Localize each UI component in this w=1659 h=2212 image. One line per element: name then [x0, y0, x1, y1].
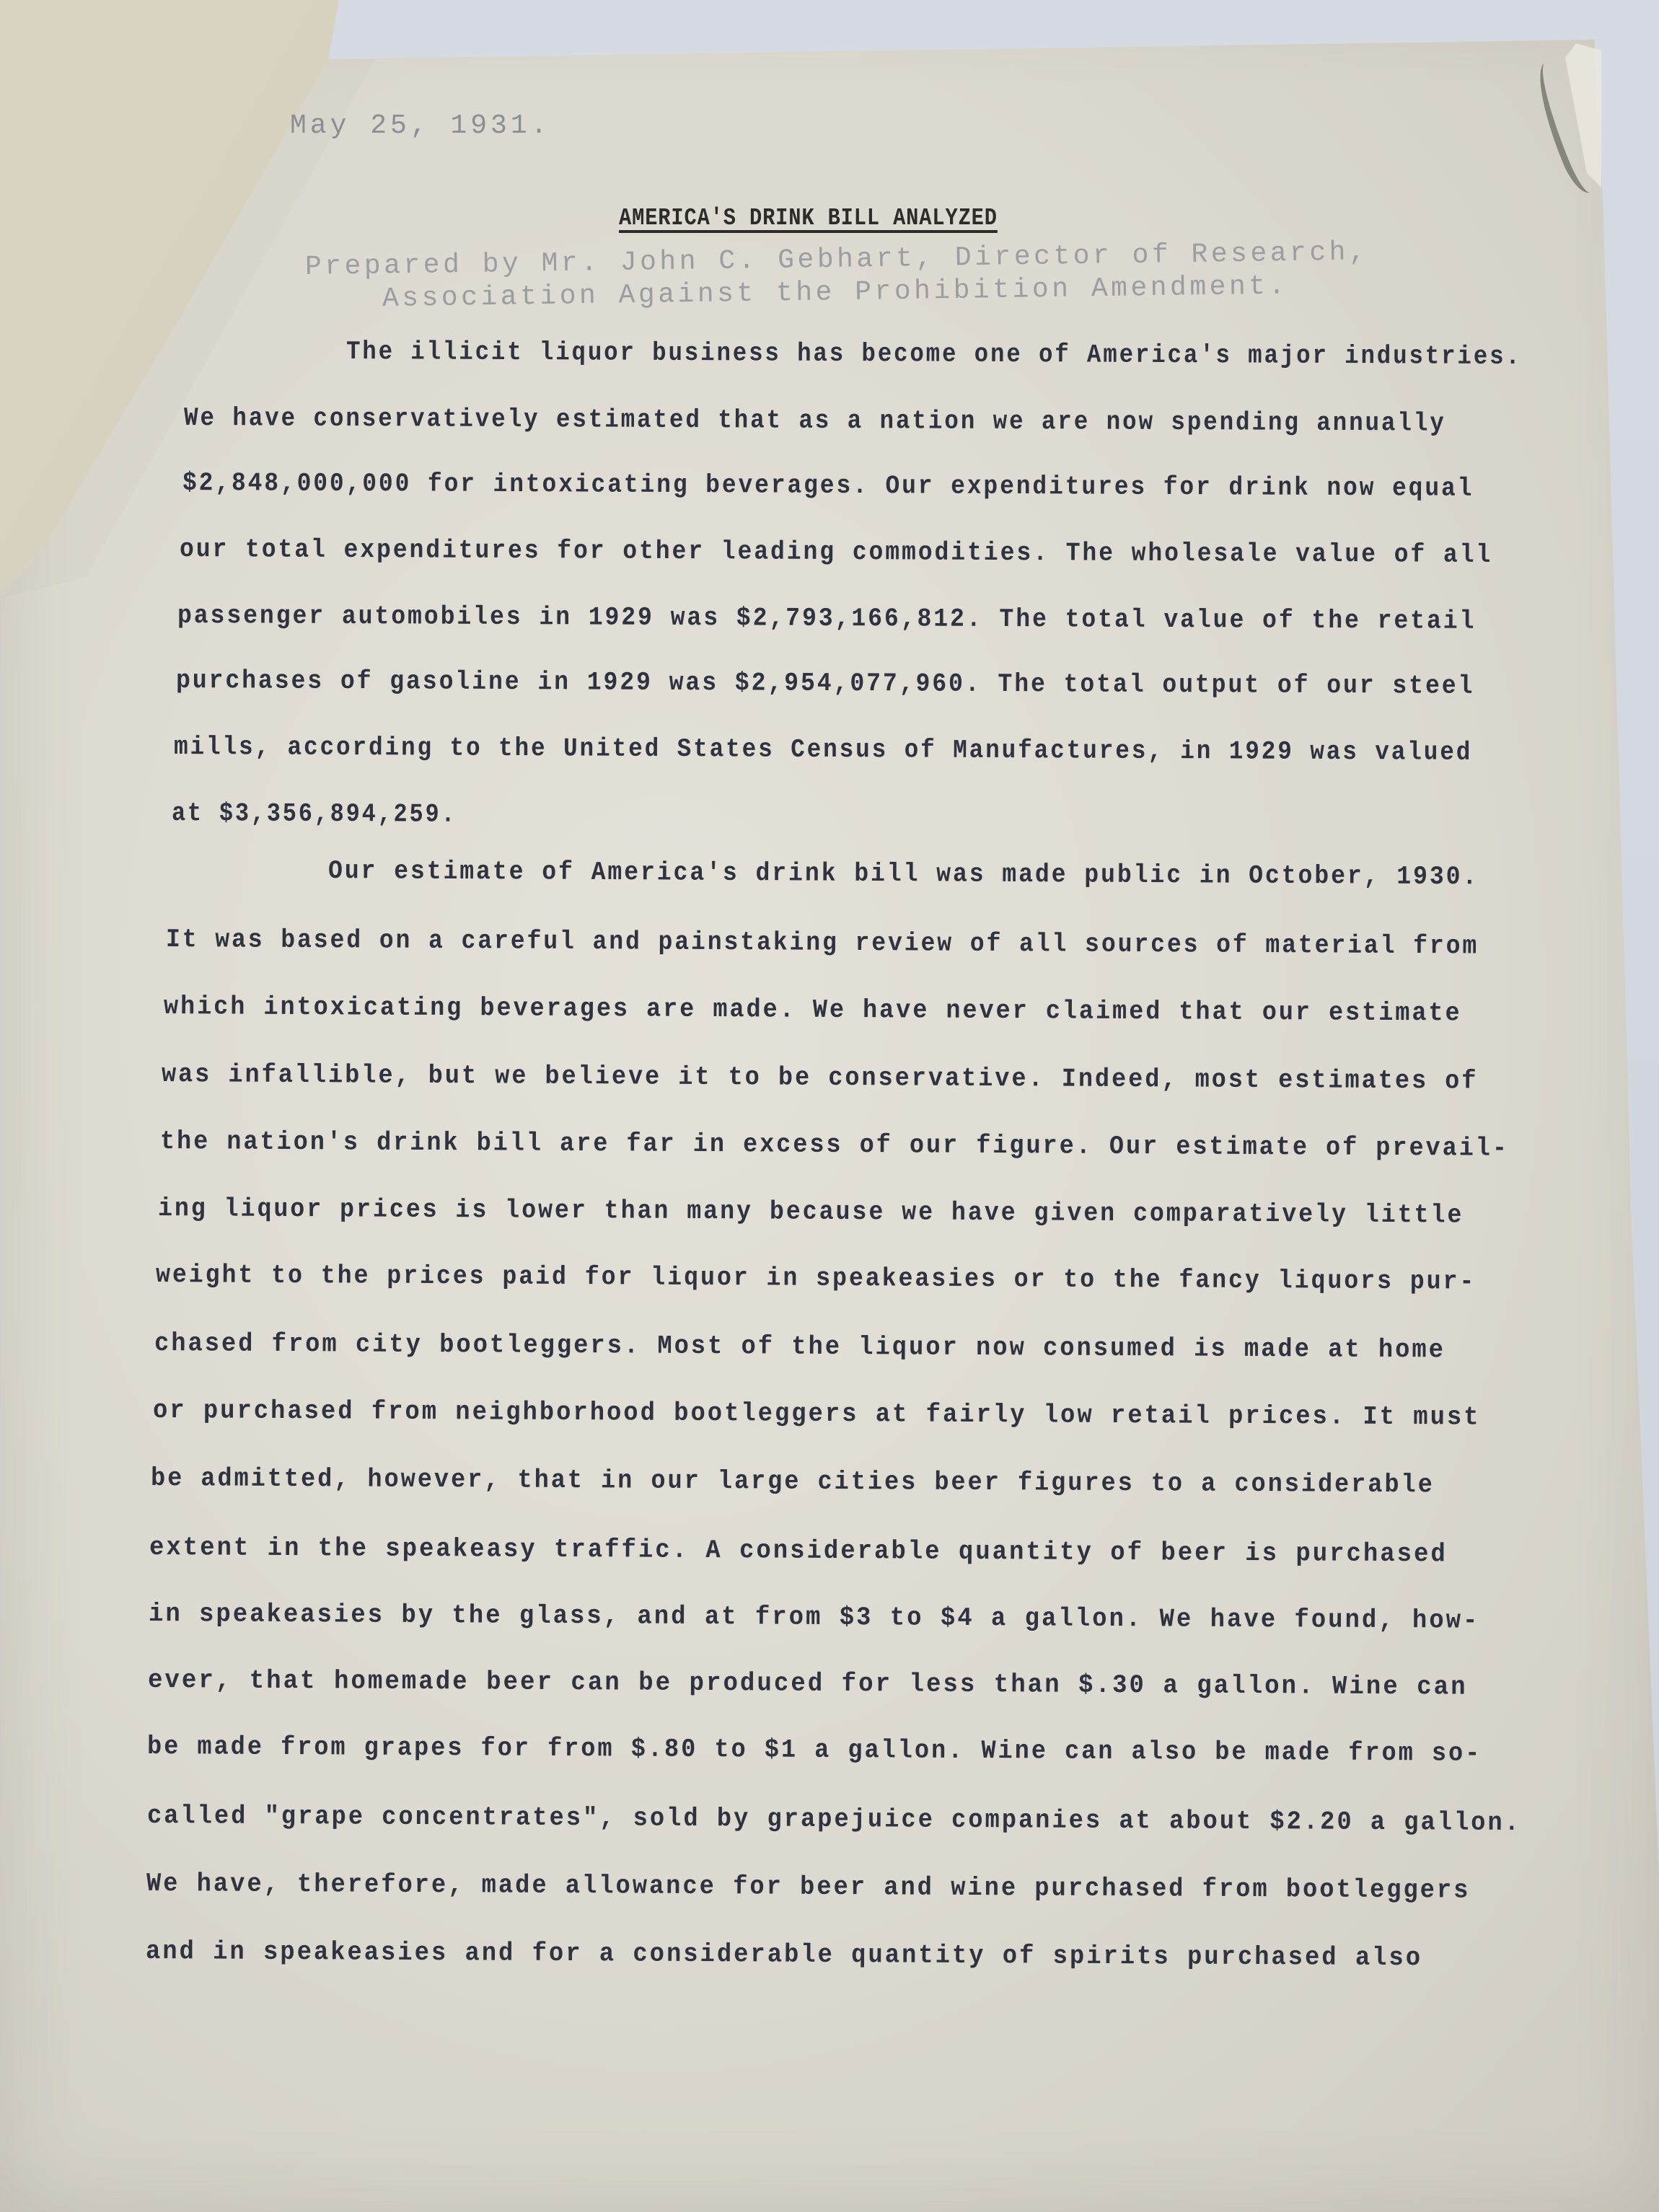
document-title: AMERICA'S DRINK BILL ANALYZED: [619, 206, 998, 230]
body-text-line: and in speakeasies and for a considerabl…: [146, 1939, 1422, 1971]
body-text-line: $2,848,000,000 for intoxicating beverage…: [182, 470, 1474, 502]
body-text-line: chased from city bootleggers. Most of th…: [154, 1331, 1445, 1363]
body-text-line: Our estimate of America's drink bill was…: [328, 858, 1479, 890]
body-text-line: or purchased from neighborhood bootlegge…: [153, 1398, 1481, 1431]
body-text-line: passenger automobiles in 1929 was $2,793…: [177, 603, 1477, 635]
body-text-line: ing liquor prices is lower than many bec…: [158, 1196, 1464, 1228]
body-text-line: was infallible, but we believe it to be …: [162, 1062, 1479, 1095]
body-text-line: the nation's drink bill are far in exces…: [160, 1129, 1509, 1162]
body-text-line: purchases of gasoline in 1929 was $2,954…: [176, 668, 1475, 700]
body-text-line: be made from grapes for from $.80 to $1 …: [147, 1734, 1482, 1767]
body-text-line: in speakeasies by the glass, and at from…: [149, 1601, 1480, 1634]
body-text-line: our total expenditures for other leading…: [180, 537, 1492, 568]
body-text-line: ever, that homemade beer can be produced…: [148, 1667, 1468, 1701]
body-text-line: mills, according to the United States Ce…: [174, 734, 1472, 766]
body-text-line: The illicit liquor business has become o…: [346, 339, 1522, 370]
body-text-line: at $3,356,894,259.: [172, 801, 457, 828]
body-text-line: We have conservatively estimated that as…: [184, 405, 1446, 437]
body-text-line: called "grape concentrates", sold by gra…: [147, 1803, 1521, 1836]
body-text-line: We have, therefore, made allowance for b…: [146, 1871, 1471, 1904]
body-text-line: extent in the speakeasy traffic. A consi…: [149, 1535, 1448, 1567]
body-text-line: weight to the prices paid for liquor in …: [156, 1262, 1476, 1295]
document-date: May 25, 1931.: [290, 113, 550, 140]
body-text-line: It was based on a careful and painstakin…: [166, 927, 1479, 960]
body-text-line: which intoxicating beverages are made. W…: [164, 994, 1462, 1026]
body-text-line: be admitted, however, that in our large …: [151, 1466, 1435, 1498]
